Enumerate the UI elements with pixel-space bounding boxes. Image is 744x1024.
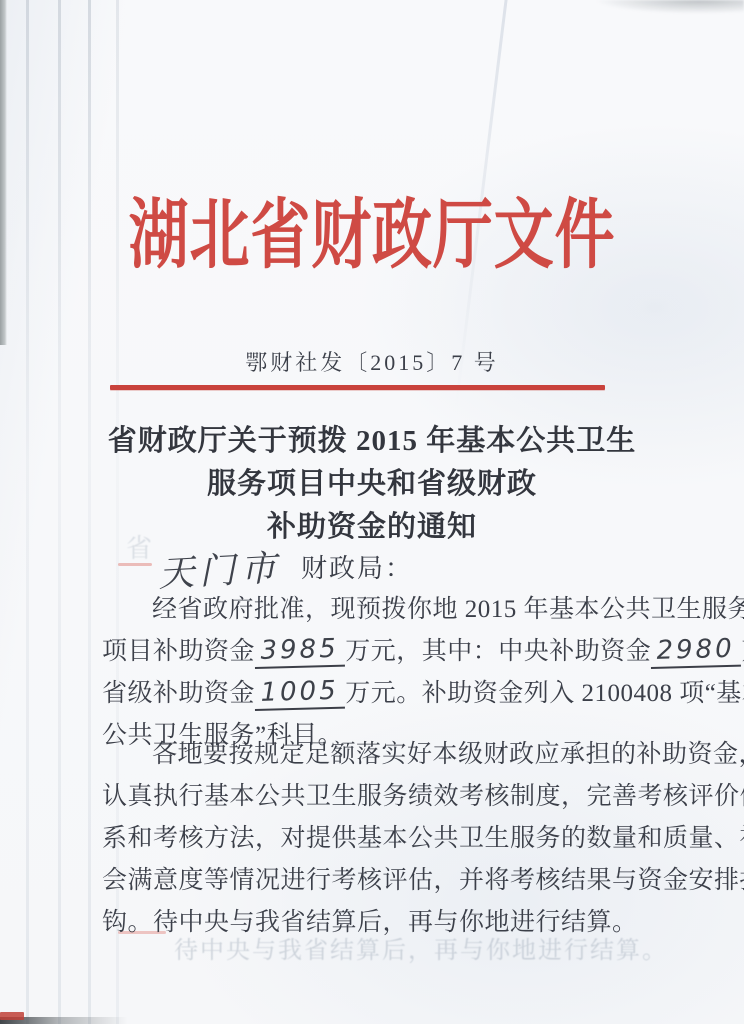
document-number: 鄂财社发〔2015〕7 号	[0, 346, 744, 377]
body-text: 省级补助资金	[102, 680, 255, 707]
handwritten-amount-total: 3985	[254, 634, 345, 669]
paragraph-2: 各地要按规定足额落实好本级财政应承担的补助资金， 认真执行基本公共卫生服务绩效考…	[102, 734, 644, 944]
paragraph-1: 经省政府批准，现预拨你地 2015 年基本公共卫生服务 项目补助资金3985万元…	[102, 589, 644, 757]
letterhead-title: 湖北省财政厅文件	[78, 186, 666, 286]
document-title: 省财政厅关于预拨 2015 年基本公共卫生 服务项目中央和省级财政 补助资金的通…	[0, 420, 744, 549]
body-text: 万元，其中：中央补助资金	[345, 638, 651, 665]
printed-recipient-suffix: 财政局：	[301, 548, 413, 585]
body-text: 万元。补助资金列入 2100408 项“基本	[345, 680, 744, 707]
body-text: 项目补助资金	[102, 638, 255, 665]
body-line: 各地要按规定足额落实好本级财政应承担的补助资金，	[102, 734, 644, 776]
body-line: 经省政府批准，现预拨你地 2015 年基本公共卫生服务	[102, 589, 644, 631]
scanner-edge-left	[0, 0, 7, 345]
body-line: 会满意度等情况进行考核评估，并将考核结果与资金安排挂	[102, 860, 644, 902]
scanned-document-page: 省 湖北省财政厅文件 鄂财社发〔2015〕7 号 省财政厅关于预拨 2015 年…	[0, 0, 744, 1024]
body-line: 认真执行基本公共卫生服务绩效考核制度，完善考核评价体	[102, 776, 644, 818]
ghost-bleedthrough-line: 待中央与我省结算后，再与你地进行结算。	[150, 930, 692, 965]
red-mark-bottom-left	[0, 1012, 24, 1020]
document-title-line: 服务项目中央和省级财政	[0, 463, 744, 506]
red-divider-line	[110, 385, 605, 390]
body-line: 系和考核方法，对提供基本公共卫生服务的数量和质量、社	[102, 818, 644, 860]
salutation: 天门市 财政局：	[158, 543, 658, 595]
document-title-line: 省财政厅关于预拨 2015 年基本公共卫生	[0, 420, 744, 463]
handwritten-amount-central: 2980	[650, 634, 741, 669]
handwritten-amount-provincial: 1005	[254, 676, 345, 711]
body-line: 项目补助资金3985万元，其中：中央补助资金2980万元，	[102, 631, 644, 673]
body-line: 省级补助资金1005万元。补助资金列入 2100408 项“基本	[102, 673, 644, 715]
scanner-shadow-top-right	[594, 0, 744, 14]
